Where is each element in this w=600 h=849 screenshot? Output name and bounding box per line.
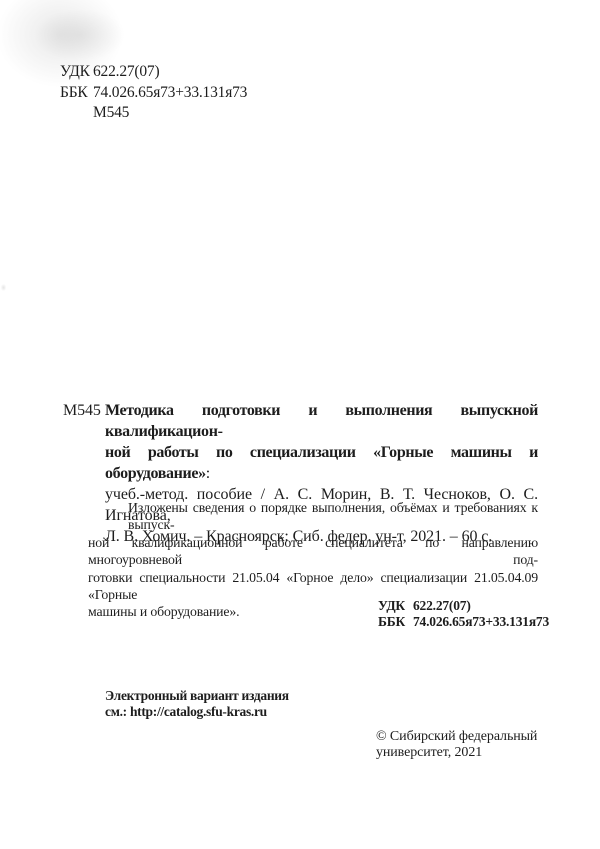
scan-speck (0, 283, 7, 292)
udk-value: 622.27(07) (93, 63, 159, 80)
electronic-edition-title: Электронный вариант издания (105, 688, 289, 704)
title-line-1: Методика подготовки и выполнения выпускн… (105, 400, 538, 442)
top-classification-codes: УДК622.27(07) ББК74.026.65я73+33.131я73 … (60, 62, 247, 124)
annotation-line-2: ной квалификационной работе специалитета… (88, 534, 538, 569)
copyright-line-1: © Сибирский федеральный (376, 729, 537, 745)
bbk-value: 74.026.65я73+33.131я73 (413, 614, 549, 629)
title-line-2-bold: ной работы по специализации «Горные маши… (105, 444, 538, 482)
bbk-line: ББК74.026.65я73+33.131я73 (60, 83, 247, 104)
udk-value: 622.27(07) (413, 598, 471, 613)
title-line-2-tail: : (206, 465, 210, 482)
bottom-classification-codes: УДК622.27(07) ББК74.026.65я73+33.131я73 (378, 598, 549, 630)
bbk-value: 74.026.65я73+33.131я73 (93, 84, 247, 101)
electronic-edition-note: Электронный вариант издания см.: http://… (105, 688, 289, 719)
annotation-line-1: Изложены сведения о порядке выполнения, … (88, 499, 538, 534)
copyright-notice: © Сибирский федеральный университет, 202… (376, 729, 537, 760)
udk-line: УДК622.27(07) (60, 62, 247, 83)
bbk-label: ББК (60, 83, 93, 104)
udk-label: УДК (60, 62, 93, 83)
title-line-2: ной работы по специализации «Горные маши… (105, 442, 538, 484)
see-prefix: см.: (105, 704, 130, 719)
copyright-line-2: университет, 2021 (376, 745, 537, 761)
scan-smudge (20, 0, 140, 70)
udk-label: УДК (378, 598, 413, 614)
electronic-edition-link-line: см.: http://catalog.sfu-kras.ru (105, 704, 289, 720)
author-sign: М545 (60, 103, 247, 124)
imprint-page: УДК622.27(07) ББК74.026.65я73+33.131я73 … (0, 0, 600, 849)
udk-line: УДК622.27(07) (378, 598, 549, 614)
catalog-url: http://catalog.sfu-kras.ru (130, 704, 267, 719)
bbk-line: ББК74.026.65я73+33.131я73 (378, 614, 549, 630)
author-sign: М545 (63, 400, 101, 421)
bbk-label: ББК (378, 614, 413, 630)
